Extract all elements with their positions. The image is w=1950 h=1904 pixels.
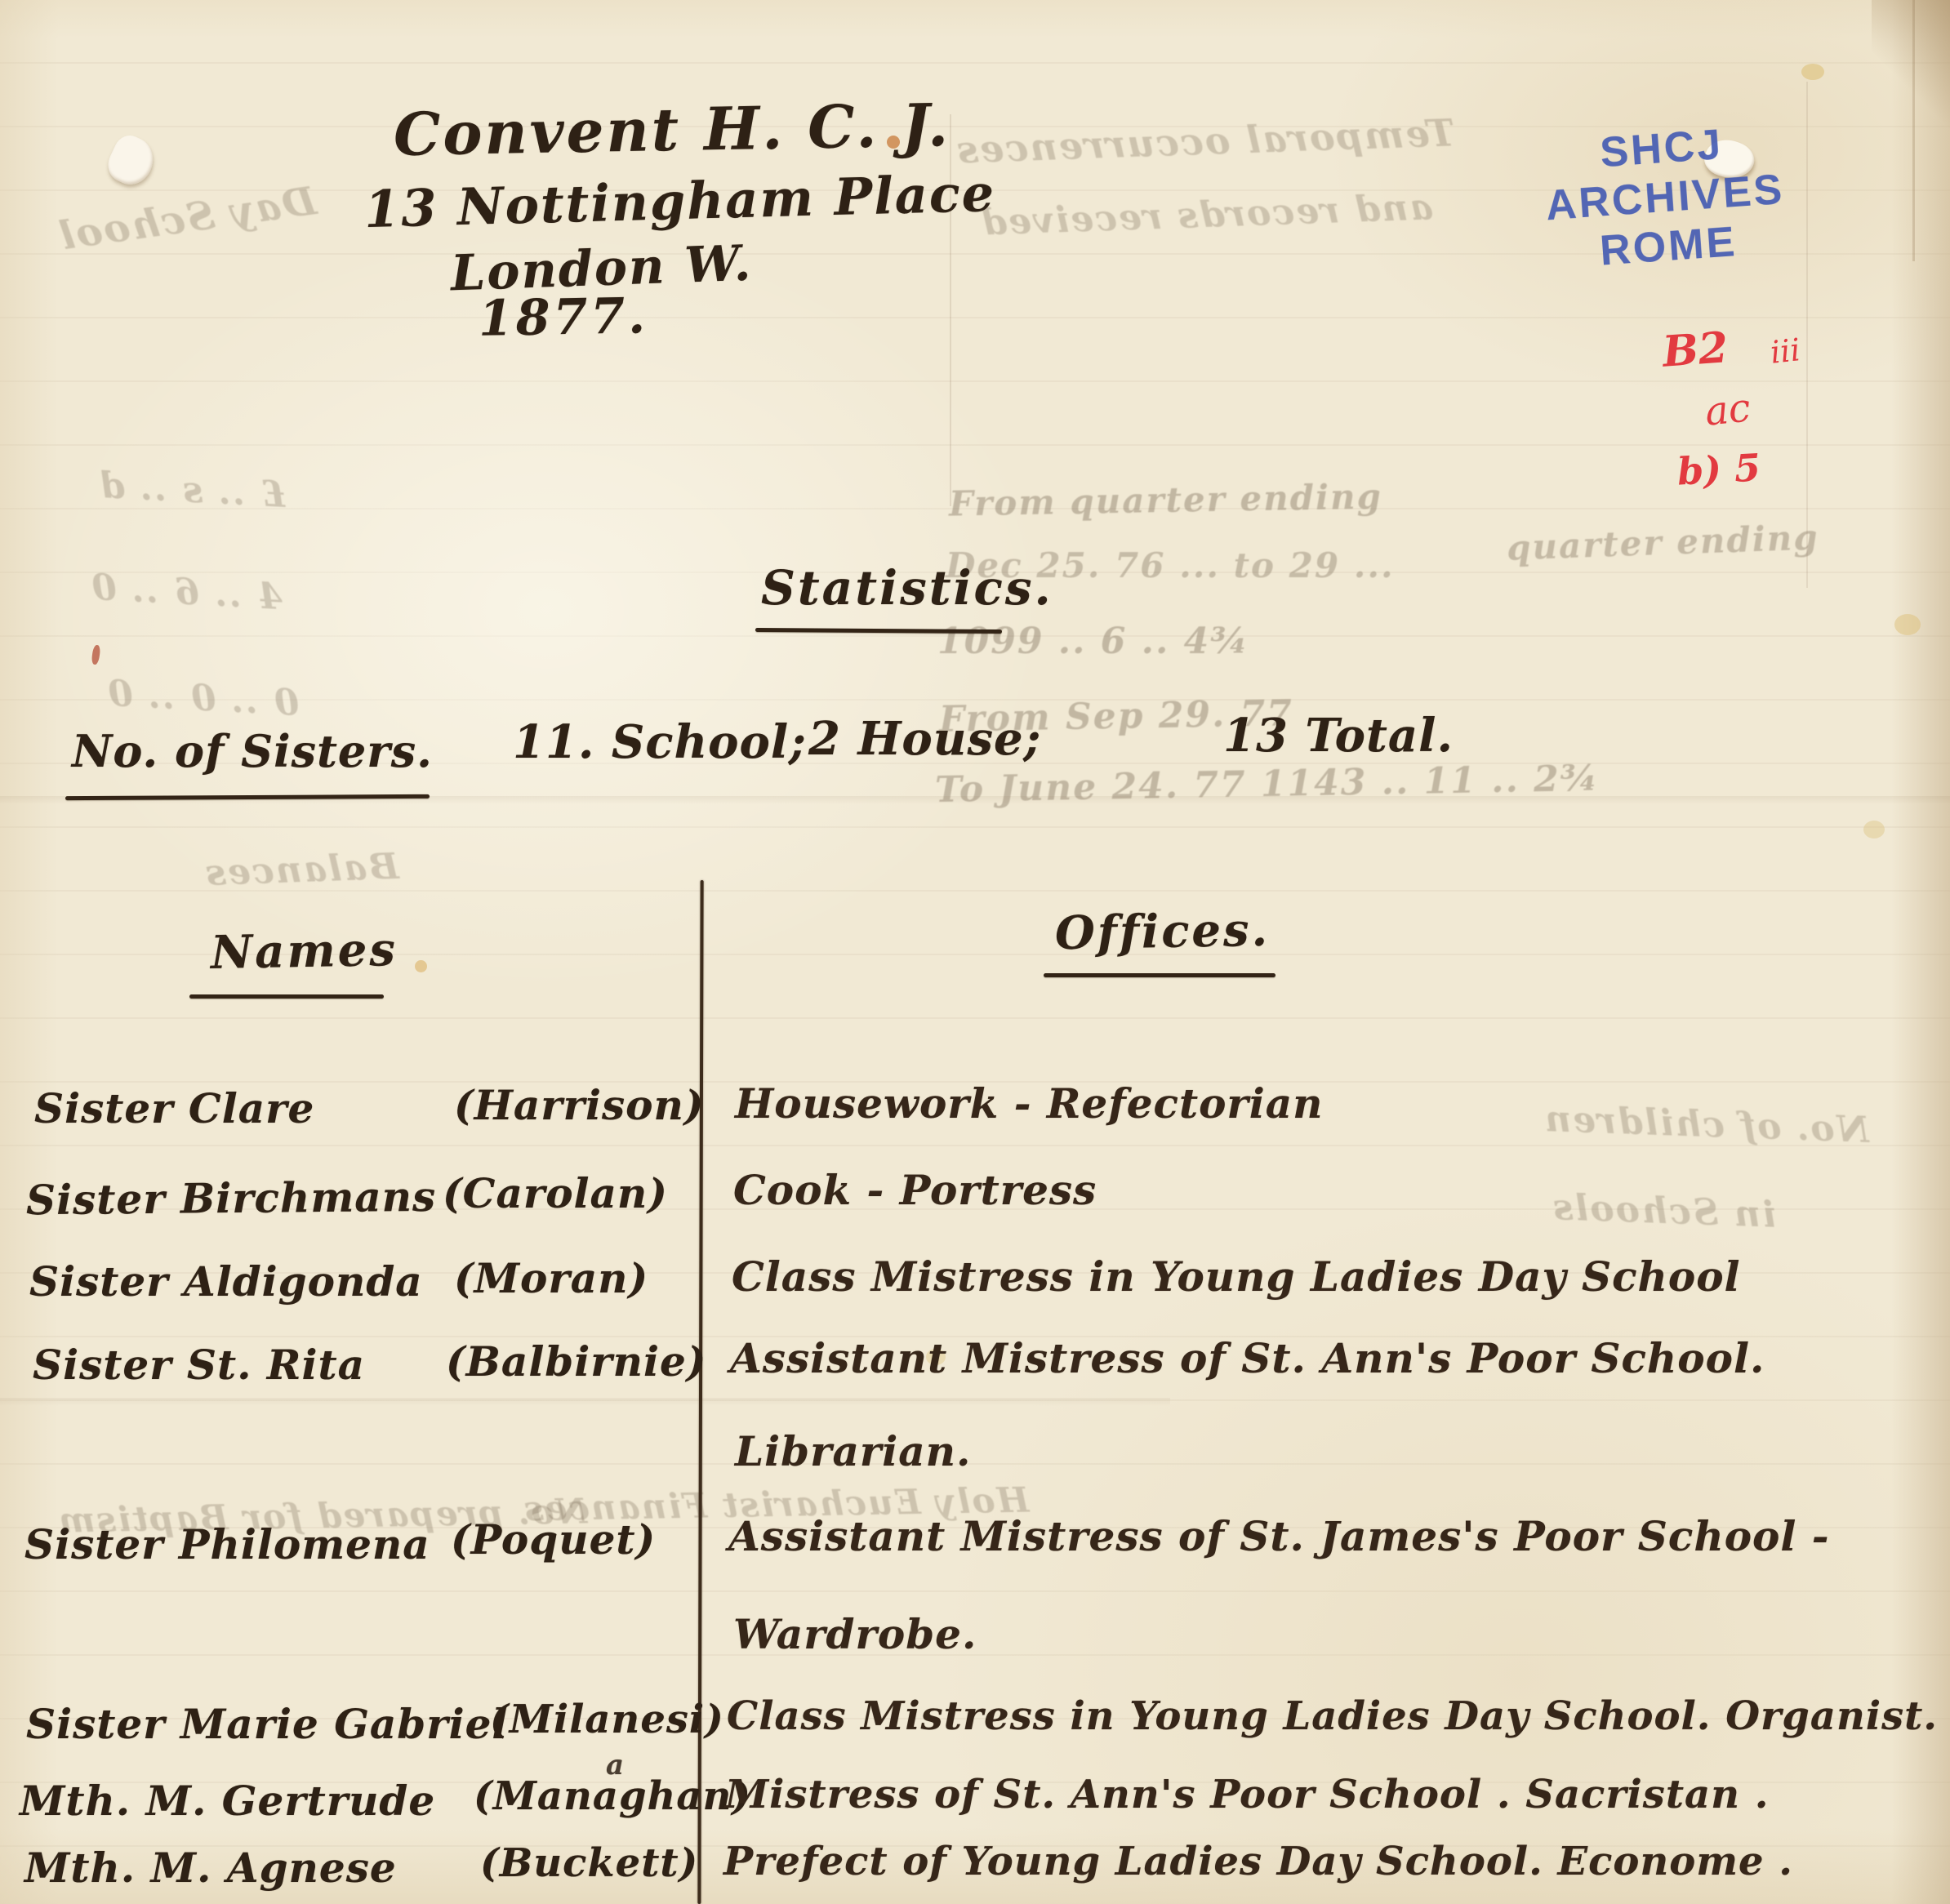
sister-name: Mth. M. Gertrude (20, 1777, 435, 1825)
sisters-label-underline (65, 794, 430, 800)
bleedthrough-text: 0 .. 0 .. 0 (105, 673, 301, 724)
column-divider-rule (697, 880, 703, 1904)
sister-name: Sister Birchmans (26, 1172, 437, 1224)
foxing-spot (415, 960, 427, 972)
header-convent-name: Convent H. C. J. (393, 90, 951, 169)
page-edge-shadow (1872, 0, 1950, 139)
header-year: 1877. (478, 287, 648, 348)
names-header-underline (189, 994, 384, 999)
bleedthrough-text: From quarter ending (949, 476, 1383, 523)
foxing-spot (1801, 64, 1824, 80)
header-street: 13 Nottingham Place (363, 163, 996, 239)
sisters-count-total: 13 Total. (1223, 709, 1454, 763)
bleedthrough-text: No. of children (1543, 1098, 1870, 1151)
faint-vertical-rule (1806, 82, 1808, 588)
sister-office: Assistant Mistress of St. James's Poor S… (728, 1512, 1830, 1560)
archival-ref-code: B2 (1661, 323, 1730, 376)
sisters-count-school: 11. School; (513, 715, 807, 769)
sister-name: Sister Aldigonda (29, 1257, 423, 1306)
insertion-mark: a (606, 1749, 625, 1782)
sisters-count-label: No. of Sisters. (72, 725, 433, 777)
sister-office: Class Mistress in Young Ladies Day Schoo… (732, 1252, 1741, 1301)
sister-surname: (Moran) (454, 1254, 648, 1302)
offices-column-header: Offices. (1054, 903, 1270, 961)
sister-name: Sister Philomena (24, 1520, 430, 1568)
sister-office-continued: Wardrobe. (733, 1610, 977, 1658)
bleedthrough-text: £ .. s .. d (97, 465, 287, 516)
sisters-count-house: 2 House; (808, 712, 1041, 766)
bleedthrough-text: in Schools (1551, 1186, 1776, 1236)
bleedthrough-text: 1099 .. 6 .. 4¾ (937, 621, 1249, 662)
sister-name: Sister Marie Gabriel (26, 1700, 508, 1748)
sister-office: Class Mistress in Young Ladies Day Schoo… (727, 1693, 1938, 1739)
sister-office: Prefect of Young Ladies Day School. Econ… (723, 1839, 1793, 1884)
sister-surname: (Carolan) (443, 1169, 668, 1217)
sister-office-continued: Librarian. (735, 1427, 971, 1475)
sister-surname: (Buckett) (480, 1840, 698, 1886)
foxing-spot (1894, 614, 1921, 635)
sister-surname: (Balbirnie) (446, 1337, 706, 1386)
sister-name: Mth. M. Agnese (24, 1844, 397, 1892)
sister-office: Housework - Refectorian (735, 1079, 1324, 1128)
sister-office: Mistress of St. Ann's Poor School . Sacr… (725, 1772, 1769, 1817)
archive-stamp: SHCJ ARCHIVES ROME (1534, 115, 1796, 279)
section-title: Statistics. (761, 560, 1053, 616)
bleedthrough-text: Temporal occurrences (955, 110, 1455, 171)
sister-name: Sister St. Rita (33, 1341, 365, 1389)
archival-ref-letters: ac (1703, 385, 1752, 434)
sister-surname: (Harrison) (454, 1081, 704, 1129)
sister-office: Cook - Portress (733, 1166, 1097, 1214)
bleedthrough-text: 4 .. 6 .. 0 (89, 567, 284, 618)
section-title-underline (755, 628, 1002, 634)
foxing-spot (1863, 821, 1885, 839)
scanned-manuscript-page: Temporal occurrences and records receive… (0, 0, 1950, 1904)
bleedthrough-text: Day School (56, 178, 319, 260)
bleedthrough-text: quarter ending (1506, 517, 1819, 567)
archival-ref-roman: iii (1769, 331, 1802, 371)
names-column-header: Names (210, 923, 398, 980)
sister-office: Assistant Mistress of St. Ann's Poor Sch… (730, 1334, 1765, 1382)
crease-shadow (1912, 0, 1915, 261)
bleedthrough-text: Balances (203, 846, 399, 894)
sister-name: Sister Clare (34, 1084, 314, 1132)
paper-tear (102, 131, 161, 192)
sister-surname: (Poquet) (451, 1515, 656, 1564)
ink-fleck (91, 644, 100, 665)
sister-surname: (Milanesi) (490, 1697, 724, 1742)
crease-shadow (0, 1398, 1170, 1406)
archival-ref-item: b) 5 (1676, 445, 1762, 493)
offices-header-underline (1044, 973, 1276, 977)
bleedthrough-text: and records received (979, 186, 1433, 243)
